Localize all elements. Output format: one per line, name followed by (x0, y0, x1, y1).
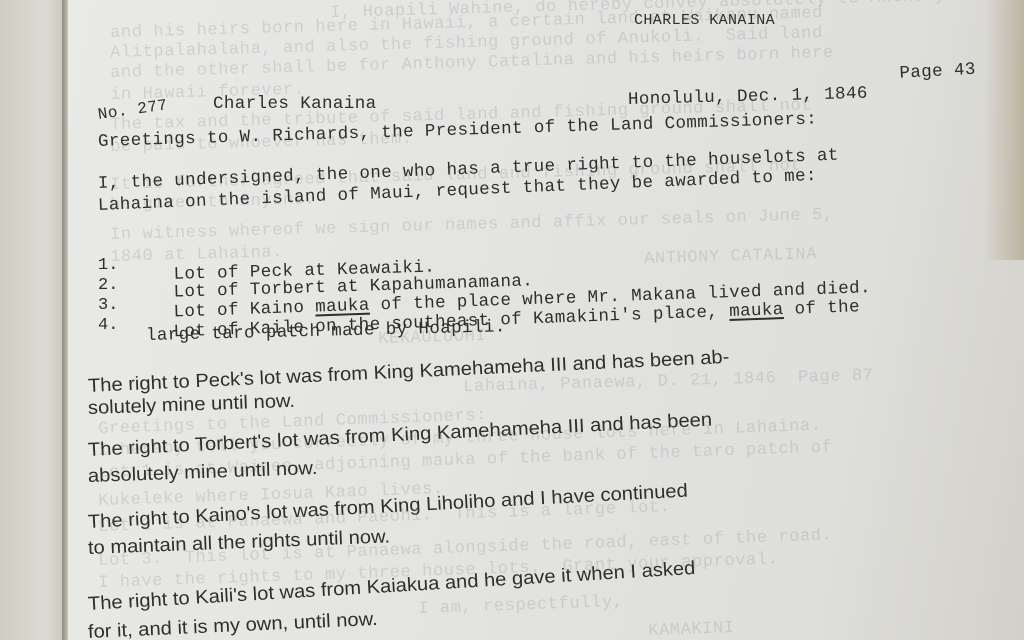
page-label: Page (899, 61, 944, 83)
claimant-name: Charles Kanaina (213, 94, 377, 114)
lot-number: 3. (98, 296, 118, 315)
header-title: CHARLES KANAINA (634, 12, 775, 29)
lot-number: 4. (98, 316, 118, 335)
show-through-line: KAMAKINI (648, 619, 735, 640)
lot-text: of the (783, 297, 860, 320)
paragraph-line: for it, and it is my own, until now. (88, 609, 379, 640)
lot-number: 1. (98, 256, 118, 275)
place-date: Honolulu, Dec. 1, 1846 (628, 84, 868, 110)
page-number: Page 43 (854, 40, 977, 106)
show-through-line: I am, respectfully, (418, 593, 624, 619)
underlined-term: mauka (729, 300, 784, 322)
page-number-value: 43 (953, 60, 976, 81)
page-edge-shadow (984, 0, 1024, 260)
facing-page-edge (0, 0, 66, 640)
lot-number: 2. (98, 276, 118, 295)
document-page: I, Hoapili Wahine, do hereby convey abso… (68, 0, 1024, 640)
